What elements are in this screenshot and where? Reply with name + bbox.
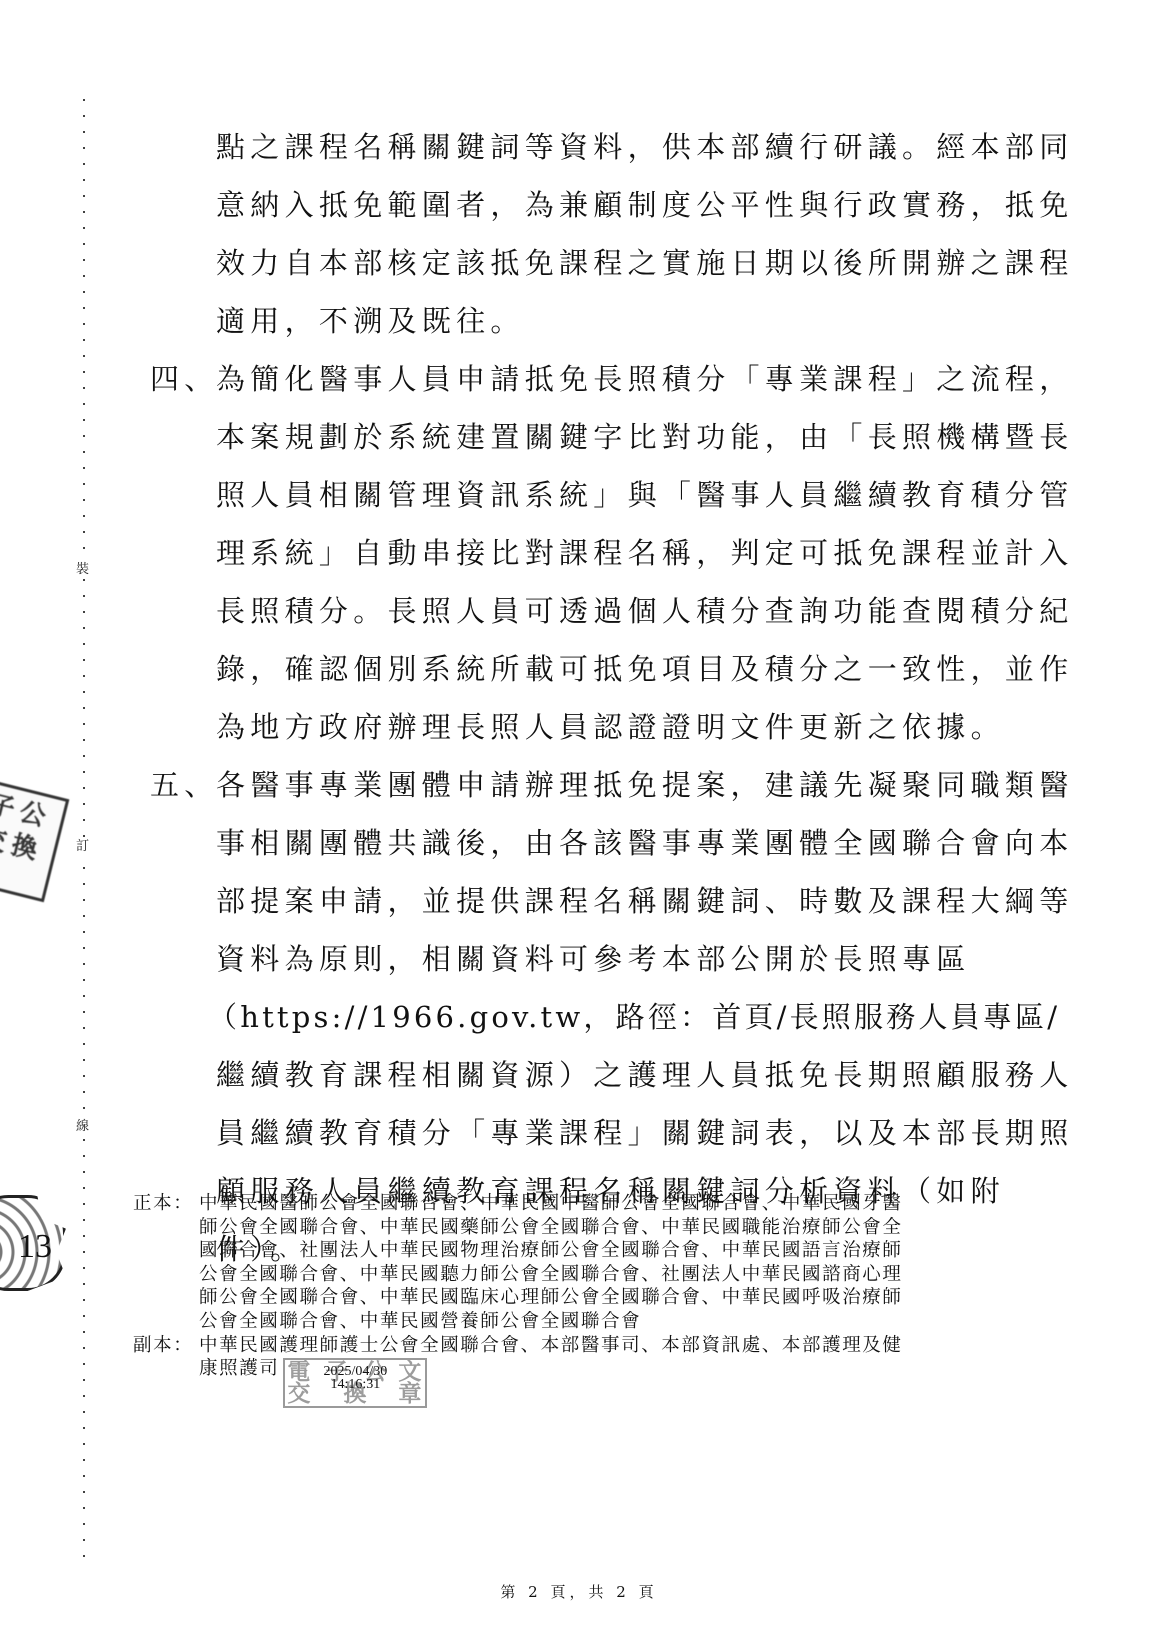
item-text: （https://1966.gov.tw，路徑：首頁/長照服務人員專區/	[208, 988, 1060, 1046]
electronic-exchange-stamp: 電 子 公 文 交 換 章 2025/04/30 14:16:31	[283, 1358, 427, 1408]
item-text: 理系統」自動串接比對課程名稱，判定可抵免課程並計入	[216, 524, 1074, 582]
item-line: 理系統」自動串接比對課程名稱，判定可抵免課程並計入	[150, 524, 980, 582]
item-text: 錄，確認個別系統所載可抵免項目及積分之一致性，並作	[216, 640, 1074, 698]
item-text: 為地方政府辦理長照人員認證證明文件更新之依據。	[216, 698, 1005, 756]
item-line: 照人員相關管理資訊系統」與「醫事人員繼續教育積分管	[150, 466, 980, 524]
item-text: 事相關團體共識後，由各該醫事專業團體全國聯合會向本	[216, 814, 1074, 872]
copy-recipients-last-line: 康照護司	[199, 1357, 279, 1381]
item-text: 部提案申請，並提供課程名稱關鍵詞、時數及課程大綱等	[216, 872, 1074, 930]
item-line: 員繼續教育積分「專業課程」關鍵詞表，以及本部長期照	[150, 1104, 980, 1162]
item-line: 為地方政府辦理長照人員認證證明文件更新之依據。	[150, 698, 980, 756]
stamp-char: 公	[16, 797, 49, 832]
primary-recipients-label: 正本：	[133, 1192, 199, 1334]
item-line: （https://1966.gov.tw，路徑：首頁/長照服務人員專區/	[150, 988, 980, 1046]
document-body: 點之課程名稱關鍵詞等資料，供本部續行研議。經本部同意納入抵免範圍者，為兼顧制度公…	[150, 118, 980, 1278]
copy-recipients: 副本： 中華民國護理師護士公會全國聯合會、本部醫事司、本部資訊處、本部護理及健 …	[133, 1334, 993, 1409]
stamp-char: 子	[0, 790, 18, 825]
item-indent	[150, 988, 216, 1046]
item-indent	[150, 466, 216, 524]
binding-label: 線	[76, 1120, 89, 1134]
item-number: 四、	[150, 350, 216, 408]
item-indent	[150, 872, 216, 930]
paragraph-line: 意納入抵免範圍者，為兼顧制度公平性與行政實務，抵免	[150, 176, 980, 234]
item-text: 員繼續教育積分「專業課程」關鍵詞表，以及本部長期照	[216, 1104, 1074, 1162]
binding-label: 訂	[76, 840, 89, 854]
item-line: 繼續教育課程相關資源）之護理人員抵免長期照顧服務人	[150, 1046, 980, 1104]
item-text: 繼續教育課程相關資源）之護理人員抵免長期照顧服務人	[216, 1046, 1074, 1104]
stamp-time: 14:16:31	[313, 1378, 397, 1391]
recipients-block: 正本： 中華民國醫師公會全國聯合會、中華民國中醫師公會全國聯合會、中華民國牙醫師…	[133, 1192, 993, 1408]
item-line: 五、各醫事專業團體申請辦理抵免提案，建議先凝聚同職類醫	[150, 756, 980, 814]
numbered-items: 四、為簡化醫事人員申請抵免長照積分「專業課程」之流程，本案規劃於系統建置關鍵字比…	[150, 350, 980, 1278]
continued-paragraph: 點之課程名稱關鍵詞等資料，供本部續行研議。經本部同意納入抵免範圍者，為兼顧制度公…	[150, 118, 980, 350]
stamp-char: 換	[8, 830, 41, 865]
item-indent	[150, 698, 216, 756]
paragraph-line: 適用，不溯及既往。	[150, 292, 980, 350]
item-text: 長照積分。長照人員可透過個人積分查詢功能查閱積分紀	[216, 582, 1074, 640]
item-line: 本案規劃於系統建置關鍵字比對功能，由「長照機構暨長	[150, 408, 980, 466]
item-text: 照人員相關管理資訊系統」與「醫事人員繼續教育積分管	[216, 466, 1074, 524]
item-indent	[150, 640, 216, 698]
stamp-char: 章	[398, 1382, 423, 1405]
paragraph-line: 效力自本部核定該抵免課程之實施日期以後所開辦之課程	[150, 234, 980, 292]
item-indent	[150, 930, 216, 988]
recipient-line: 師公會全國聯合會、中華民國藥師公會全國聯合會、中華民國職能治療師公會全	[199, 1216, 993, 1240]
recipient-line: 師公會全國聯合會、中華民國臨床心理師公會全國聯合會、中華民國呼吸治療師	[199, 1286, 993, 1310]
recipient-line: 中華民國護理師護士公會全國聯合會、本部醫事司、本部資訊處、本部護理及健	[199, 1334, 993, 1358]
item-indent	[150, 582, 216, 640]
item-text: 資料為原則，相關資料可參考本部公開於長照專區	[216, 930, 971, 988]
item-line: 錄，確認個別系統所載可抵免項目及積分之一致性，並作	[150, 640, 980, 698]
recipient-line: 國聯合會、社團法人中華民國物理治療師公會全國聯合會、中華民國語言治療師	[199, 1239, 993, 1263]
item-line: 長照積分。長照人員可透過個人積分查詢功能查閱積分紀	[150, 582, 980, 640]
binding-dotted-line	[83, 92, 85, 1562]
copy-recipients-label: 副本：	[133, 1334, 199, 1409]
item-indent	[150, 1046, 216, 1104]
exchange-seal-stamp-edge: 公 子 換 交	[0, 776, 69, 903]
item-text: 各醫事專業團體申請辦理抵免提案，建議先凝聚同職類醫	[216, 756, 1074, 814]
binding-label: 裝	[76, 563, 89, 577]
item-line: 部提案申請，並提供課程名稱關鍵詞、時數及課程大綱等	[150, 872, 980, 930]
recipient-line: 公會全國聯合會、中華民國聽力師公會全國聯合會、社團法人中華民國諮商心理	[199, 1263, 993, 1287]
numbered-item: 四、為簡化醫事人員申請抵免長照積分「專業課程」之流程，本案規劃於系統建置關鍵字比…	[150, 350, 980, 756]
stamp-char: 交	[0, 823, 9, 858]
stamp-datetime: 2025/04/30 14:16:31	[313, 1365, 397, 1391]
page-number-footer: 第 2 頁，共 2 頁	[0, 1581, 1158, 1602]
item-number: 五、	[150, 756, 216, 814]
item-line: 四、為簡化醫事人員申請抵免長照積分「專業課程」之流程，	[150, 350, 980, 408]
recipient-line: 公會全國聯合會、中華民國營養師公會全國聯合會	[199, 1310, 993, 1334]
paragraph-line: 點之課程名稱關鍵詞等資料，供本部續行研議。經本部同	[150, 118, 980, 176]
stamp-char: 交	[287, 1382, 312, 1405]
recipient-line: 中華民國醫師公會全國聯合會、中華民國中醫師公會全國聯合會、中華民國牙醫	[199, 1192, 993, 1216]
item-indent	[150, 814, 216, 872]
item-indent	[150, 1104, 216, 1162]
item-indent	[150, 408, 216, 466]
primary-recipients: 正本： 中華民國醫師公會全國聯合會、中華民國中醫師公會全國聯合會、中華民國牙醫師…	[133, 1192, 993, 1334]
seal-page-number: 13	[18, 1230, 52, 1264]
item-indent	[150, 524, 216, 582]
item-text: 為簡化醫事人員申請抵免長照積分「專業課程」之流程，	[216, 350, 1074, 408]
item-text: 本案規劃於系統建置關鍵字比對功能，由「長照機構暨長	[216, 408, 1074, 466]
item-line: 資料為原則，相關資料可參考本部公開於長照專區	[150, 930, 980, 988]
item-line: 事相關團體共識後，由各該醫事專業團體全國聯合會向本	[150, 814, 980, 872]
